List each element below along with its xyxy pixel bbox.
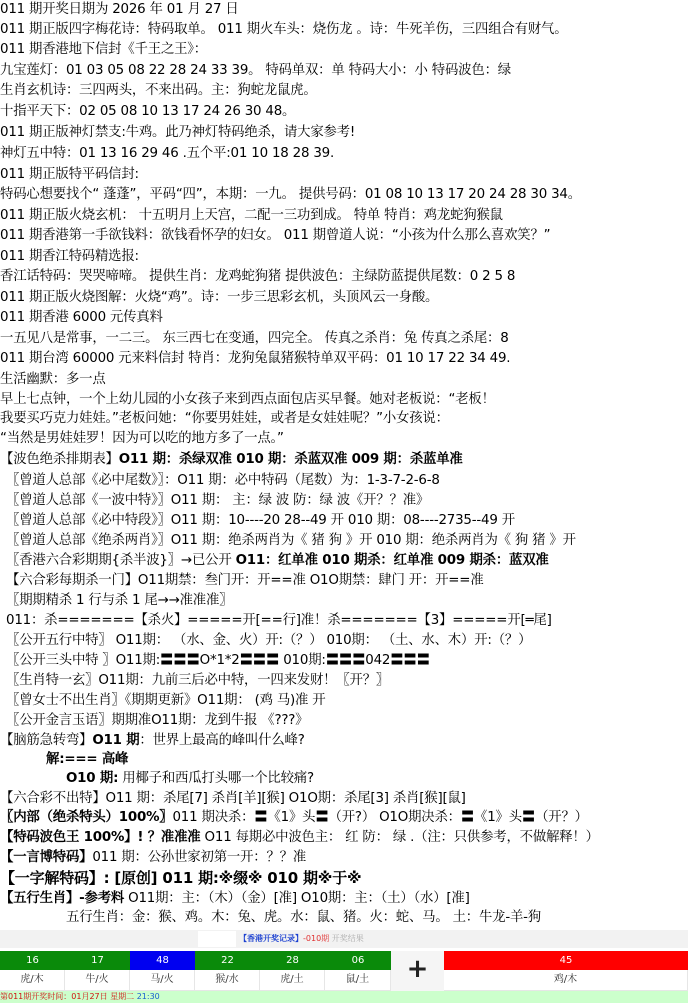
riddle-prev-line: O10 期: 用椰子和西瓜打头哪一个比较痛? <box>66 769 314 789</box>
special-ball-cell: 45 鸡/木 <box>444 951 688 991</box>
bose-bold: O11 期：杀绿双准 010 期：杀蓝双准 009 期：杀蓝单准 <box>119 452 463 467</box>
ball-cell: 16 虎/木 <box>0 951 65 991</box>
bosewang-text: O11 每期必中波色主： 红 防： 绿 .（注：只供参考，不做解释！） <box>201 830 599 845</box>
ball-cell: 17 牛/火 <box>65 951 130 991</box>
ball-zodiac: 鼠/土 <box>325 970 391 991</box>
text-line: 〖公开三头中特 〗O11期:〓〓〓O*1*2〓〓〓 010期:〓〓〓042〓〓〓 <box>6 651 430 671</box>
text-line: 神灯五中特：01 13 16 29 46 .五个平:01 10 18 28 39… <box>0 144 334 164</box>
results-header: 【香港开奖记录】-010期 开奖结果 <box>0 930 688 948</box>
buchu-line: 【六合彩不出特】O11 期：杀尾[7] 杀肖[羊][猴] O1O期：杀尾[3] … <box>0 789 466 809</box>
ball-number: 28 <box>260 951 325 970</box>
riddle-prefix: 【脑筋急转弯】 <box>0 733 92 748</box>
wuxing-line2: 五行生肖：金：猴、鸡。木：兔、虎。水：鼠、猪。火：蛇、马。 土：牛龙-羊-狗 <box>66 908 541 928</box>
riddle-prev-question: 用椰子和西瓜打头哪一个比较痛? <box>118 771 314 786</box>
text-line: 011 期正版火烧图解：火烧“鸡”。诗：一步三思彩玄机，头顶风云一身酸。 <box>0 288 438 308</box>
text-line: 特码心想要找个“ 蓬蓬”，平码“四”，本期：一九。 提供号码：01 08 10 … <box>0 185 581 205</box>
neibu-text: 011 期决杀：〓《1》头〓（开?） O1O期决杀：〓《1》头〓（开？） <box>172 810 587 825</box>
text-line: 011 期香港地下信封《千王之王》： <box>0 40 207 60</box>
text-line: 生肖玄机诗：三四两头，不来出码。主：狗蛇龙鼠虎。 <box>0 81 317 101</box>
special-ball-number: 45 <box>444 951 688 970</box>
riddle-prev-period: O10 期: <box>66 771 118 786</box>
results-title-link[interactable]: 【香港开奖记录】 <box>239 934 303 943</box>
wuxing-line: 【五行生肖】-参考料 O11期：主：（木）（金）[准] O10期：主：（土）（水… <box>0 889 470 909</box>
ball-zodiac: 虎/土 <box>260 970 325 991</box>
ball-number: 22 <box>195 951 260 970</box>
special-ball-zodiac: 鸡/木 <box>444 970 688 991</box>
text-line: 【六合彩每期杀一门】O11期禁：叁门开：开==准 O1O期禁：肆门 开：开==准 <box>6 571 484 591</box>
banbo-line: 〖香港六合彩期期{杀半波}〗→已公开 O11：红单准 010 期杀：红单准 00… <box>6 551 549 571</box>
bose-line: 【波色绝杀排期表】O11 期：杀绿双准 010 期：杀蓝双准 009 期：杀蓝单… <box>0 450 463 470</box>
neibu-line: 〖内部（绝杀特头）100%〗011 期决杀：〓《1》头〓（开?） O1O期决杀：… <box>0 808 588 828</box>
text-line: 011 期正版四字梅花诗：特码取单。 011 期火车头：烧伤龙 。诗：牛死羊伤，… <box>0 20 567 40</box>
bose-prefix: 【波色绝杀排期表】 <box>0 452 119 467</box>
text-line: 011 期香港 6000 元传真料 <box>0 308 163 328</box>
ball-number: 48 <box>130 951 195 970</box>
text-line: 香江话特码：哭哭啼啼。 提供生肖：龙鸡蛇狗猪 提供波色：主绿防蓝提供尾数：0 2… <box>0 267 515 287</box>
results-balls: 16 虎/木 17 牛/火 48 马/火 22 猴/水 28 虎/土 06 鼠/… <box>0 951 688 991</box>
text-line: 011 期香港第一手欲钱料：欲钱看怀孕的妇女。 011 期曾道人说：“小孩为什么… <box>0 226 550 246</box>
text-line: 〖生肖特一玄〗O11期：九前三后必中特，一四来发财！〖开？〗 <box>6 671 389 691</box>
text-line: “当然是男娃娃罗！因为可以吃的地方多了一点。” <box>0 429 284 449</box>
ball-cell: 06 鼠/土 <box>325 951 391 991</box>
text-line: 011：杀=======【杀火】=====开[==行]准！杀=======【3】… <box>6 611 552 631</box>
ball-zodiac: 猴/水 <box>195 970 260 991</box>
riddle-line: 【脑筋急转弯】O11 期：世界上最高的峰叫什么峰? <box>0 731 305 751</box>
zeng-line: 〖曾道人总部《绝杀两肖》〗O11 期：绝杀两肖为《 猪 狗 》开 010 期：绝… <box>6 531 576 551</box>
riddle-period: O11 期 <box>92 733 139 748</box>
text-line: 九宝莲灯：01 03 05 08 22 28 24 33 39。 特码单双：单 … <box>0 61 511 81</box>
plus-icon: + <box>391 951 444 991</box>
ball-number: 17 <box>65 951 130 970</box>
bosewang-line: 【特码波色王 100%】! ？准准准 O11 每期必中波色主： 红 防： 绿 .… <box>0 828 599 848</box>
ball-cell: 22 猴/水 <box>195 951 260 991</box>
neibu-bold: 〖内部（绝杀特头）100%〗 <box>0 810 172 825</box>
banbo-bold: O11：红单准 010 期杀：红单准 009 期杀：蓝双准 <box>236 553 549 568</box>
ball-number: 06 <box>325 951 391 970</box>
results-title[interactable]: 【香港开奖记录】-010期 开奖结果 <box>239 932 364 946</box>
text-line: 〖公开五行中特〗 O11期： （水、金、火）开:（？） 010期： （土、水、木… <box>6 631 531 651</box>
text-line: 011 期开奖日期为 2026 年 01 月 27 日 <box>0 0 239 20</box>
text-line: 我要买巧克力娃娃。”老板问她：“你要男娃娃，或者是女娃娃呢？”小女孩说： <box>0 409 449 429</box>
draw-time-clock: 21:30 <box>134 992 160 1001</box>
bosewang-bold: 【特码波色王 100%】! ？准准准 <box>0 830 201 845</box>
results-label: 开奖结果 <box>329 934 364 943</box>
ball-number: 16 <box>0 951 65 970</box>
yiyan-bold: 【一言博特码】 <box>0 850 92 865</box>
results-header-blank <box>198 931 236 947</box>
zeng-line: 〖曾道人总部《必中特段》〗O11 期：10----20 28--49 开 010… <box>6 511 515 531</box>
text-line: 〖公开金言玉语〗期期准O11期：龙到牛报 《???》 <box>6 711 308 731</box>
results-period: -010期 <box>303 934 329 943</box>
text-line: 011 期正版神灯禁支:牛鸡。此乃神灯特码绝杀，请大家参考! <box>0 123 355 143</box>
text-line: 011 期台湾 60000 元来料信封 特肖：龙狗兔鼠猪猴特单双平码：01 10… <box>0 349 510 369</box>
text-line: 早上七点钟，一个上幼儿园的小女孩子来到西点面包店买早餐。她对老板说：“老板！ <box>0 390 495 410</box>
ball-zodiac: 虎/木 <box>0 970 65 991</box>
riddle-question: ：世界上最高的峰叫什么峰? <box>139 733 304 748</box>
draw-time-label: 第011期开奖时间：01月27日 星期二 <box>0 992 134 1001</box>
yizi-line: 【一字解特码】: [原创] 011 期:※缀※ 010 期※于※ <box>0 868 361 888</box>
ball-zodiac: 牛/火 <box>65 970 130 991</box>
draw-time-footer: 第011期开奖时间：01月27日 星期二 21:30 <box>0 991 688 1003</box>
ball-cell: 28 虎/土 <box>260 951 325 991</box>
wuxing-bold: 【五行生肖】-参考料 <box>0 891 124 906</box>
banbo-prefix: 〖香港六合彩期期{杀半波}〗→已公开 <box>6 553 236 568</box>
text-line: 〖曾女士不出生肖〗《期期更新》O11期： (鸡 马)准 开 <box>6 691 326 711</box>
text-line: 十指平天下：02 05 08 10 13 17 24 26 30 48。 <box>0 102 295 122</box>
yiyan-line: 【一言博特码】011 期：公孙世家初第一开：？？准 <box>0 848 306 868</box>
zeng-line: 〖曾道人总部《必中尾数》〗：O11 期：必中特码（尾数）为：1-3-7-2-6-… <box>6 471 440 491</box>
text-line: 011 期香江特码精选报: <box>0 247 139 267</box>
text-line: 一五见八是常事，一二三。 东三西七在变通，四完全。 传真之杀肖：兔 传真之杀尾：… <box>0 329 509 349</box>
yiyan-text: 011 期：公孙世家初第一开：？？准 <box>92 850 306 865</box>
text-line: 011 期正版特平码信封: <box>0 165 139 185</box>
text-line: 011 期正版火烧玄机： 十五明月上天宫，二配一三功到成。 特单 特肖：鸡龙蛇狗… <box>0 206 503 226</box>
text-line: 生活幽默：多一点 <box>0 370 106 390</box>
text-line: 〖期期精杀 1 行与杀 1 尾→→准准准〗 <box>6 591 232 611</box>
riddle-answer: 解:=== 高峰 <box>46 750 128 770</box>
ball-cell: 48 马/火 <box>130 951 195 991</box>
zeng-line: 〖曾道人总部《一波中特》〗O11 期： 主：绿 波 防：绿 波《开？？准》 <box>6 491 429 511</box>
ball-zodiac: 马/火 <box>130 970 195 991</box>
wuxing-text: O11期：主：（木）（金）[准] O10期：主：（土）（水）[准] <box>124 891 470 906</box>
